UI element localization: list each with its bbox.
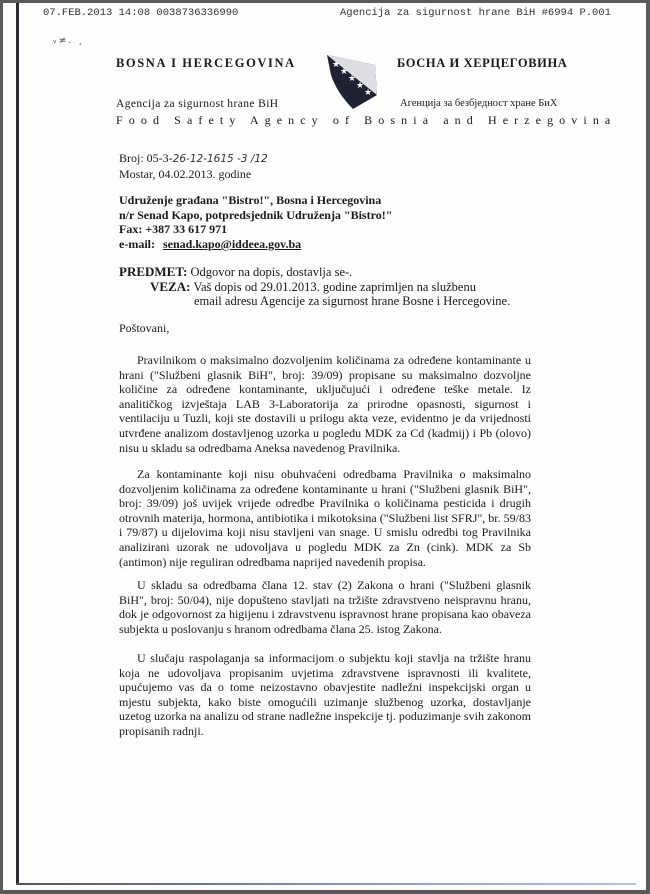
agency-name-latin: Agencija za sigurnost hrane BiH: [116, 98, 279, 110]
recipient-fax: Fax: +387 33 617 971: [119, 222, 392, 237]
letterhead-title-latin: BOSNA I HERCEGOVINA: [116, 56, 296, 71]
recipient-organization: Udruženje građana "Bistro!", Bosna i Her…: [119, 193, 392, 208]
veza-label: VEZA:: [150, 279, 190, 294]
place-date: Mostar, 04.02.2013. godine: [119, 167, 268, 182]
reference-block: Broj: 05-3-26-12-1615 -3 /12 Mostar, 04.…: [119, 151, 268, 181]
reference-label: Broj: 05-3-: [119, 151, 173, 165]
svg-text:★: ★: [356, 81, 364, 91]
predmet-line: PREDMET: Odgovor na dopis, dostavlja se-…: [119, 265, 510, 280]
veza-line: VEZA: Vaš dopis od 29.01.2013. godine za…: [119, 280, 510, 295]
email-label: e-mail:: [119, 237, 155, 251]
fax-sender: Agencija za sigurnost hrane BiH #6994 P.…: [340, 7, 611, 19]
svg-text:★: ★: [348, 74, 356, 84]
body-paragraph-4: U slučaju raspolaganja sa informacijom o…: [119, 651, 531, 739]
letterhead-title-cyrillic: БОСНА И ХЕРЦЕГОВИНА: [397, 56, 567, 71]
svg-text:★: ★: [340, 67, 348, 77]
body-paragraph-2: Za kontaminante koji nisu obuhvaćeni odr…: [119, 467, 531, 569]
scan-edge-bottom: [16, 883, 636, 885]
reference-handwritten: 26-12-1615 -3 /12: [173, 153, 268, 165]
recipient-block: Udruženje građana "Bistro!", Bosna i Her…: [119, 193, 392, 251]
body-paragraph-1: Pravilnikom o maksimalno dozvoljenim kol…: [119, 353, 531, 455]
recipient-email-link[interactable]: senad.kapo@iddeea.gov.ba: [163, 237, 301, 251]
svg-text:★: ★: [332, 60, 340, 70]
predmet-text: Odgovor na dopis, dostavlja se-.: [187, 265, 352, 279]
agency-name-cyrillic: Агенција за безбједност хране БиХ: [400, 98, 557, 109]
scan-edge-left: [16, 3, 19, 883]
handwritten-mark: ᵥ≠. ¸: [53, 36, 85, 46]
veza-continuation: email adresu Agencije za sigurnost hrane…: [119, 294, 510, 309]
agency-name-english: Food Safety Agency of Bosnia and Herzego…: [116, 113, 616, 128]
salutation: Poštovani,: [119, 321, 169, 336]
veza-text: Vaš dopis od 29.01.2013. godine zaprimlj…: [190, 280, 476, 294]
body-paragraph-3: U skladu sa odredbama člana 12. stav (2)…: [119, 578, 531, 636]
bih-coat-of-arms-icon: ★ ★ ★ ★ ★: [323, 53, 381, 111]
svg-text:★: ★: [364, 88, 372, 98]
reference-number: Broj: 05-3-26-12-1615 -3 /12: [119, 151, 268, 167]
fax-timestamp: 07.FEB.2013 14:08 0038736336990: [43, 7, 238, 19]
recipient-email-row: e-mail:senad.kapo@iddeea.gov.ba: [119, 237, 392, 252]
scanned-document-page: 07.FEB.2013 14:08 0038736336990 Agencija…: [3, 3, 646, 890]
predmet-label: PREDMET:: [119, 264, 187, 279]
recipient-person: n/r Senad Kapo, potpredsjednik Udruženja…: [119, 208, 392, 223]
subject-block: PREDMET: Odgovor na dopis, dostavlja se-…: [119, 265, 510, 309]
